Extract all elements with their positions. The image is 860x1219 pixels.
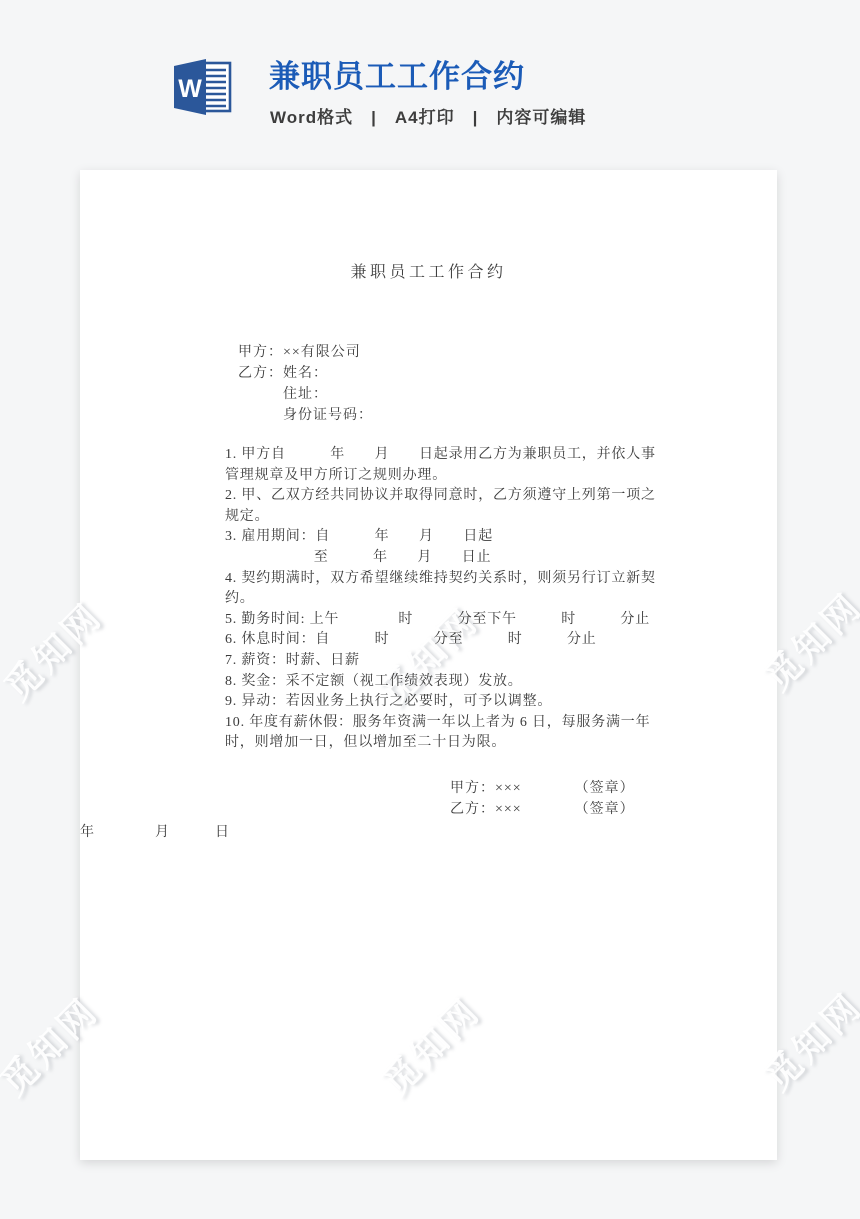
party-line: 住址： xyxy=(238,384,777,405)
signature-block: 甲方：××× （签章） 乙方：××× （签章） xyxy=(450,778,777,821)
clause: 7. 薪资：时薪、日薪 xyxy=(225,651,667,672)
header: W 兼职员工工作合约 Word格式 | A4打印 | 内容可编辑 xyxy=(0,0,860,150)
word-logo-letter: W xyxy=(178,75,202,103)
document-content: 兼职员工工作合约 甲方：××有限公司 乙方：姓名： 住址： 身份证号码： 1. … xyxy=(80,170,777,1160)
clauses-block: 1. 甲方自 年 月 日起录用乙方为兼职员工，并依人事 管理规章及甲方所订之规则… xyxy=(225,445,667,754)
template-subtitle: Word格式 | A4打印 | 内容可编辑 xyxy=(270,103,586,128)
signature-line: 乙方：××× （签章） xyxy=(450,799,777,821)
contract-title: 兼职员工工作合约 xyxy=(80,170,777,282)
party-line: 乙方：姓名： xyxy=(238,363,777,384)
clause: 10. 年度有薪休假：服务年资满一年以上者为 6 日，每服务满一年 时，则增加一… xyxy=(225,713,667,754)
party-line: 甲方：××有限公司 xyxy=(238,342,777,363)
word-logo-icon: W xyxy=(171,57,233,117)
date-line: 年 月 日 xyxy=(80,821,777,841)
clause: 9. 异动：若因业务上执行之必要时，可予以调整。 xyxy=(225,692,667,713)
template-title: 兼职员工工作合约 xyxy=(269,51,525,96)
document-page: 兼职员工工作合约 甲方：××有限公司 乙方：姓名： 住址： 身份证号码： 1. … xyxy=(80,170,777,1160)
signature-line: 甲方：××× （签章） xyxy=(450,778,777,800)
clause: 6. 休息时间：自 时 分至 时 分止 xyxy=(225,630,667,651)
clause: 3. 雇用期间：自 年 月 日起 至 年 月 日止 xyxy=(225,527,667,568)
party-line: 身份证号码： xyxy=(238,405,777,426)
clause: 1. 甲方自 年 月 日起录用乙方为兼职员工，并依人事 管理规章及甲方所订之规则… xyxy=(225,445,667,486)
parties-block: 甲方：××有限公司 乙方：姓名： 住址： 身份证号码： xyxy=(238,342,777,426)
clause: 8. 奖金：采不定额（视工作绩效表现）发放。 xyxy=(225,672,667,693)
clause: 5. 勤务时间: 上午 时 分至下午 时 分止 xyxy=(225,610,667,631)
template-preview-stage: W 兼职员工工作合约 Word格式 | A4打印 | 内容可编辑 兼职员工工作合… xyxy=(0,0,860,1219)
clause: 2. 甲、乙双方经共同协议并取得同意时，乙方须遵守上列第一项之 规定。 xyxy=(225,486,667,527)
clause: 4. 契约期满时，双方希望继续维持契约关系时，则须另行订立新契 约。 xyxy=(225,569,667,610)
